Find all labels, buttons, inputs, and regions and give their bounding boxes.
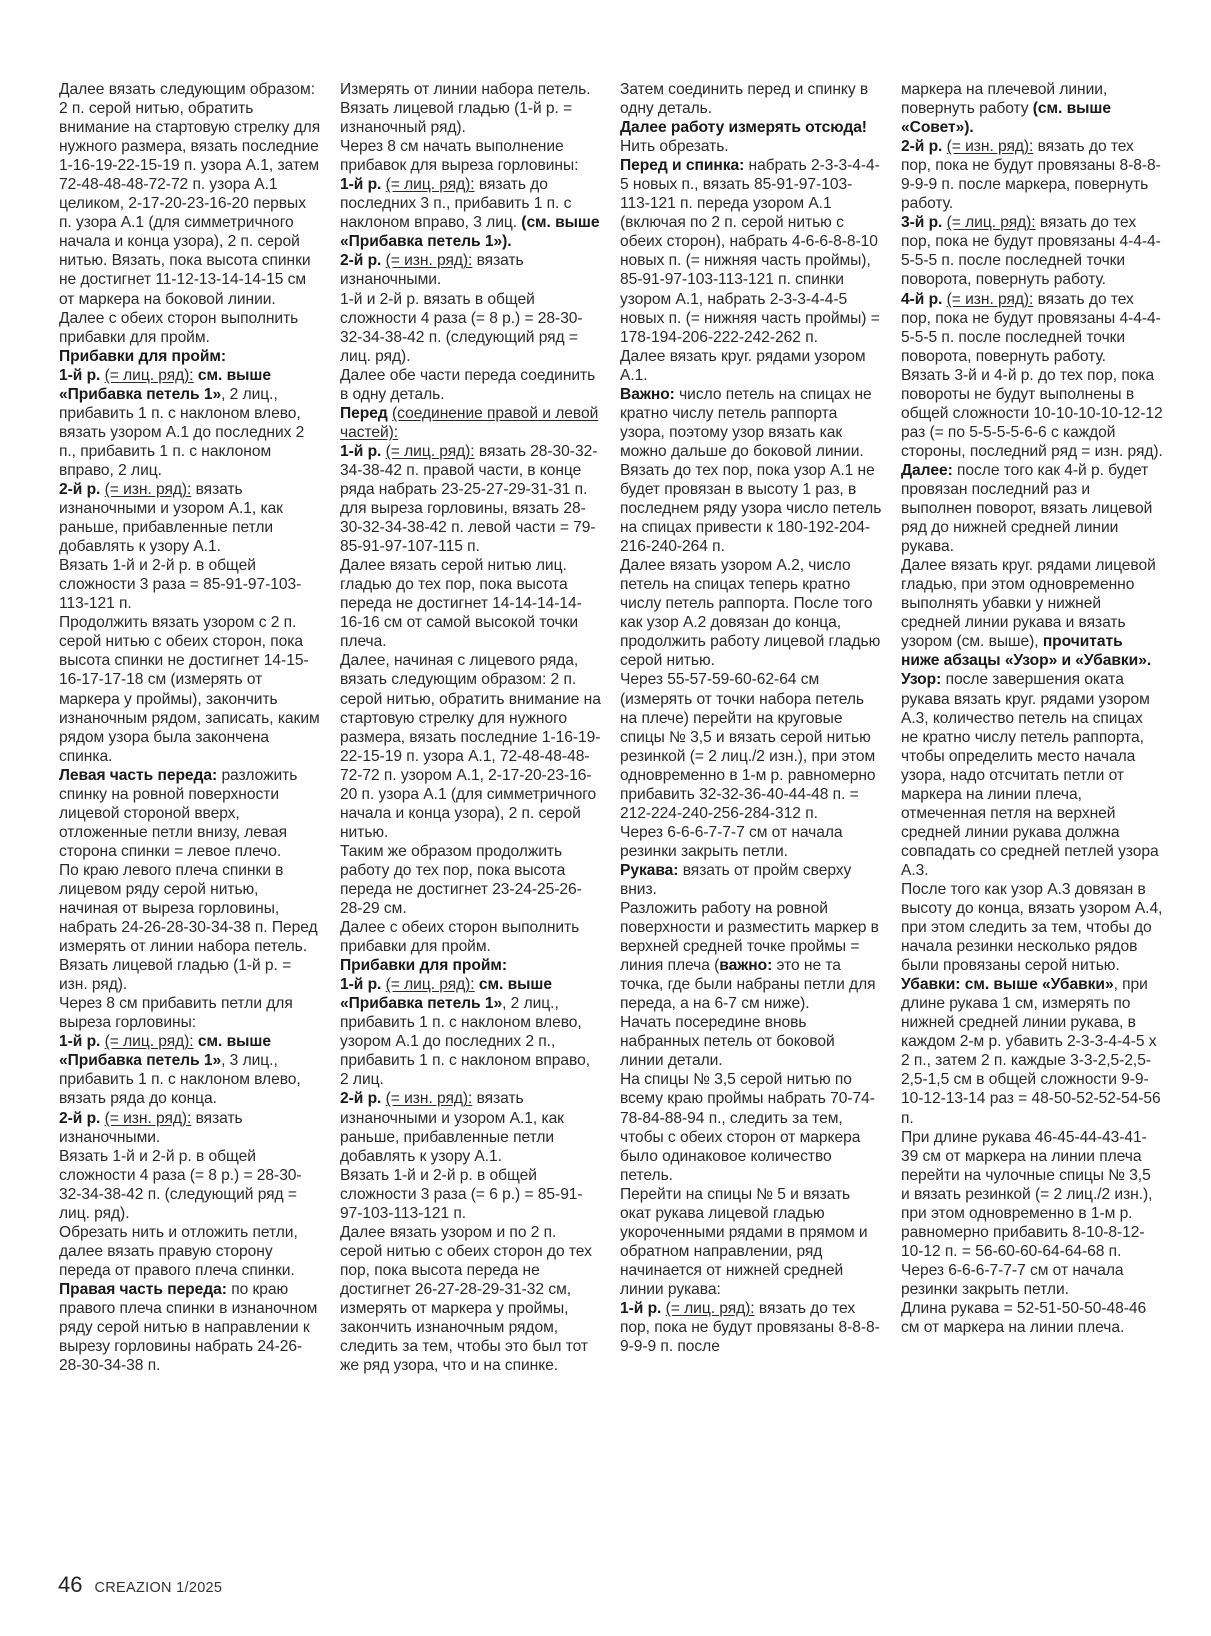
underlined-note: (= изн. ряд): bbox=[105, 481, 192, 498]
paragraph: Далее, начиная с лицевого ряда, вязать с… bbox=[340, 651, 602, 841]
text-run: после завершения оката рукава вязать кру… bbox=[901, 671, 1159, 878]
underlined-note: (= лиц. ряд): bbox=[386, 176, 475, 193]
text-run: Через 8 см начать выполнение прибавок дл… bbox=[340, 138, 578, 174]
bold-heading: Прибавки для пройм: bbox=[59, 348, 226, 365]
magazine-page: Далее вязать следующим образом: 2 п. сер… bbox=[0, 0, 1211, 1636]
paragraph: 2-й р. (= изн. ряд): вязать изнаночными. bbox=[59, 1109, 321, 1147]
paragraph: Через 55-57-59-60-62-64 см (измерять от … bbox=[620, 670, 882, 822]
underlined-note: (= лиц. ряд): bbox=[666, 1300, 755, 1317]
text-run: Через 6-6-6-7-7-7 см от начала резинки з… bbox=[620, 824, 843, 860]
paragraph: Через 8 см начать выполнение прибавок дл… bbox=[340, 137, 602, 175]
paragraph: 1-й и 2-й р. вязать в общей сложности 4 … bbox=[340, 290, 602, 366]
bold-heading: 2-й р. bbox=[901, 138, 942, 155]
bold-heading: 4-й р. bbox=[901, 291, 942, 308]
paragraph: Убавки: см. выше «Убавки», при длине рук… bbox=[901, 975, 1163, 1127]
text-run: Через 6-6-6-7-7-7 см от начала резинки з… bbox=[901, 1262, 1124, 1298]
text-columns: Далее вязать следующим образом: 2 п. сер… bbox=[59, 80, 1179, 1560]
paragraph: 1-й р. (= лиц. ряд): вязать до тех пор, … bbox=[620, 1299, 882, 1356]
bold-heading: 2-й р. bbox=[340, 252, 381, 269]
paragraph: 3-й р. (= лиц. ряд): вязать до тех пор, … bbox=[901, 213, 1163, 289]
underlined-note: (= изн. ряд): bbox=[947, 138, 1034, 155]
bold-heading: Далее работу измерять отсюда! bbox=[620, 119, 867, 136]
text-run: После того как узор А.3 довязан в высоту… bbox=[901, 881, 1162, 974]
paragraph: Обрезать нить и отложить петли, далее вя… bbox=[59, 1223, 321, 1280]
text-run: Начать посередине вновь набранных петель… bbox=[620, 1014, 835, 1069]
text-run: Далее с обеих сторон выполнить прибавки … bbox=[59, 310, 298, 346]
text-run: Через 55-57-59-60-62-64 см (измерять от … bbox=[620, 671, 876, 821]
paragraph: 1-й р. (= лиц. ряд): см. выше «Прибавка … bbox=[340, 975, 602, 1089]
column-4: маркера на плечевой линии, повернуть раб… bbox=[901, 80, 1163, 1337]
text-run: Далее вязать следующим образом: 2 п. сер… bbox=[59, 81, 320, 308]
paragraph: Затем соединить перед и спинку в одну де… bbox=[620, 80, 882, 118]
bold-heading: Рукава: bbox=[620, 862, 678, 879]
bold-heading: 1-й р. bbox=[340, 443, 381, 460]
paragraph: 1-й р. (= лиц. ряд): см. выше «Прибавка … bbox=[59, 366, 321, 480]
bold-heading: Узор: bbox=[901, 671, 941, 688]
paragraph: Важно: число петель на спицах не кратно … bbox=[620, 385, 882, 461]
underlined-note: (= изн. ряд): bbox=[105, 1110, 192, 1127]
paragraph: 1-й р. (= лиц. ряд): вязать до последних… bbox=[340, 175, 602, 251]
paragraph: Далее вязать узором и по 2 п. серой нить… bbox=[340, 1223, 602, 1375]
bold-heading: Перед bbox=[340, 405, 388, 422]
paragraph: После того как узор А.3 довязан в высоту… bbox=[901, 880, 1163, 975]
text-run: Вязать 3-й и 4-й р. до тех пор, пока пов… bbox=[901, 367, 1163, 460]
text-run: Вязать 1-й и 2-й р. в общей сложности 4 … bbox=[59, 1148, 302, 1222]
bold-heading: Далее: bbox=[901, 462, 953, 479]
text-run: Далее вязать серой нитью лиц. гладью до … bbox=[340, 557, 582, 650]
text-run: Далее, начиная с лицевого ряда, вязать с… bbox=[340, 652, 601, 840]
paragraph: На спицы № 3,5 серой нитью по всему краю… bbox=[620, 1070, 882, 1184]
paragraph: Продолжить вязать узором с 2 п. серой ни… bbox=[59, 613, 321, 765]
underlined-note: (= изн. ряд): bbox=[947, 291, 1034, 308]
bold-heading: 2-й р. bbox=[340, 1090, 381, 1107]
bold-heading: 1-й р. bbox=[340, 976, 381, 993]
underlined-note: (= лиц. ряд): bbox=[386, 443, 475, 460]
paragraph: Левая часть переда: разложить спинку на … bbox=[59, 766, 321, 861]
bold-heading: 1-й р. bbox=[340, 176, 381, 193]
text-run: Далее с обеих сторон выполнить прибавки … bbox=[340, 919, 579, 955]
text-run: По краю левого плеча спинки в лицевом ря… bbox=[59, 862, 318, 993]
text-run: Через 8 см прибавить петли для выреза го… bbox=[59, 995, 293, 1031]
text-run: набрать 2-3-3-4-4-5 новых п., вязать 85-… bbox=[620, 157, 880, 345]
bold-heading: Прибавки для пройм: bbox=[340, 957, 507, 974]
paragraph: Разложить работу на ровной поверхности и… bbox=[620, 899, 882, 1013]
text-run: При длине рукава 46-45-44-43-41-39 см от… bbox=[901, 1129, 1152, 1260]
bold-heading: 3-й р. bbox=[901, 214, 942, 231]
underlined-note: (= лиц. ряд): bbox=[105, 367, 194, 384]
bold-heading: 1-й р. bbox=[59, 367, 100, 384]
text-run: На спицы № 3,5 серой нитью по всему краю… bbox=[620, 1071, 875, 1183]
text-run: Продолжить вязать узором с 2 п. серой ни… bbox=[59, 614, 320, 764]
paragraph: Перед и спинка: набрать 2-3-3-4-4-5 новы… bbox=[620, 156, 882, 346]
paragraph: Начать посередине вновь набранных петель… bbox=[620, 1013, 882, 1070]
text-run: Затем соединить перед и спинку в одну де… bbox=[620, 81, 868, 117]
paragraph: Вязать 1-й и 2-й р. в общей сложности 3 … bbox=[340, 1166, 602, 1223]
paragraph: Через 6-6-6-7-7-7 см от начала резинки з… bbox=[620, 823, 882, 861]
bold-heading: 1-й р. bbox=[620, 1300, 661, 1317]
underlined-note: (= изн. ряд): bbox=[386, 252, 473, 269]
paragraph: Далее вязать узором А.2, число петель на… bbox=[620, 556, 882, 670]
text-run: Далее вязать узором и по 2 п. серой нить… bbox=[340, 1224, 592, 1374]
bold-heading: Правая часть переда: bbox=[59, 1281, 227, 1298]
paragraph: Далее вязать серой нитью лиц. гладью до … bbox=[340, 556, 602, 651]
paragraph: 1-й р. (= лиц. ряд): вязать 28-30-32-34-… bbox=[340, 442, 602, 556]
paragraph: Далее вязать круг. рядами узором А.1. bbox=[620, 347, 882, 385]
paragraph: По краю левого плеча спинки в лицевом ря… bbox=[59, 861, 321, 994]
text-run: Вязать до тех пор, пока узор А.1 не буде… bbox=[620, 462, 881, 555]
paragraph: Прибавки для пройм: bbox=[340, 956, 602, 975]
bold-heading: важно: bbox=[719, 957, 772, 974]
paragraph: Далее с обеих сторон выполнить прибавки … bbox=[59, 309, 321, 347]
paragraph: Измерять от линии набора петель. bbox=[340, 80, 602, 99]
underlined-note: (= лиц. ряд): bbox=[386, 976, 475, 993]
bold-heading: Важно: bbox=[620, 386, 675, 403]
text-run: Обрезать нить и отложить петли, далее вя… bbox=[59, 1224, 298, 1279]
column-1: Далее вязать следующим образом: 2 п. сер… bbox=[59, 80, 321, 1375]
paragraph: 2-й р. (= изн. ряд): вязать изнаночными … bbox=[59, 480, 321, 556]
paragraph: Далее: после того как 4-й р. будет провя… bbox=[901, 461, 1163, 556]
paragraph: Далее вязать следующим образом: 2 п. сер… bbox=[59, 80, 321, 309]
paragraph: Вязать до тех пор, пока узор А.1 не буде… bbox=[620, 461, 882, 556]
text-run: Длина рукава = 52-51-50-50-48-46 см от м… bbox=[901, 1300, 1146, 1336]
paragraph: Вязать 3-й и 4-й р. до тех пор, пока пов… bbox=[901, 366, 1163, 461]
paragraph: Через 8 см прибавить петли для выреза го… bbox=[59, 994, 321, 1032]
bold-heading: Перед и спинка: bbox=[620, 157, 744, 174]
bold-heading: Левая часть переда: bbox=[59, 767, 217, 784]
paragraph: Таким же образом продолжить работу до те… bbox=[340, 842, 602, 918]
paragraph: Длина рукава = 52-51-50-50-48-46 см от м… bbox=[901, 1299, 1163, 1337]
paragraph: 2-й р. (= изн. ряд): вязать изнаночными. bbox=[340, 251, 602, 289]
paragraph: 2-й р. (= изн. ряд): вязать изнаночными … bbox=[340, 1089, 602, 1165]
paragraph: Вязать лицевой гладью (1-й р. = изнаночн… bbox=[340, 99, 602, 137]
bold-heading: Убавки: см. выше «Убавки» bbox=[901, 976, 1114, 993]
underlined-note: (= лиц. ряд): bbox=[947, 214, 1036, 231]
paragraph: Вязать 1-й и 2-й р. в общей сложности 3 … bbox=[59, 556, 321, 613]
text-run: , при длине рукава 1 см, измерять по ниж… bbox=[901, 976, 1161, 1126]
bold-heading: 2-й р. bbox=[59, 1110, 100, 1127]
paragraph: Узор: после завершения оката рукава вяза… bbox=[901, 670, 1163, 880]
paragraph: Прибавки для пройм: bbox=[59, 347, 321, 366]
text-run: Далее вязать круг. рядами узором А.1. bbox=[620, 348, 866, 384]
paragraph: маркера на плечевой линии, повернуть раб… bbox=[901, 80, 1163, 137]
page-number: 46 bbox=[58, 1572, 82, 1598]
magazine-issue: CREAZION 1/2025 bbox=[94, 1580, 222, 1596]
text-run: Вязать лицевой гладью (1-й р. = изнаночн… bbox=[340, 100, 572, 136]
column-2: Измерять от линии набора петель.Вязать л… bbox=[340, 80, 602, 1375]
paragraph: Далее обе части переда соединить в одну … bbox=[340, 366, 602, 404]
paragraph: 4-й р. (= изн. ряд): вязать до тех пор, … bbox=[901, 290, 1163, 366]
paragraph: 2-й р. (= изн. ряд): вязать до тех пор, … bbox=[901, 137, 1163, 213]
text-run: Нить обрезать. bbox=[620, 138, 729, 155]
text-run: Перейти на спицы № 5 и вязать окат рукав… bbox=[620, 1186, 868, 1298]
paragraph: 1-й р. (= лиц. ряд): см. выше «Прибавка … bbox=[59, 1032, 321, 1108]
text-run: Измерять от линии набора петель. bbox=[340, 81, 591, 98]
paragraph: Далее работу измерять отсюда! Нить обрез… bbox=[620, 118, 882, 156]
text-run: Далее обе части переда соединить в одну … bbox=[340, 367, 595, 403]
paragraph: Перейти на спицы № 5 и вязать окат рукав… bbox=[620, 1185, 882, 1299]
underlined-note: (= изн. ряд): bbox=[386, 1090, 473, 1107]
paragraph: Через 6-6-6-7-7-7 см от начала резинки з… bbox=[901, 1261, 1163, 1299]
page-footer: 46 CREAZION 1/2025 bbox=[58, 1572, 222, 1598]
column-3: Затем соединить перед и спинку в одну де… bbox=[620, 80, 882, 1356]
text-run: Далее вязать узором А.2, число петель на… bbox=[620, 557, 880, 669]
bold-heading: 2-й р. bbox=[59, 481, 100, 498]
paragraph: Рукава: вязать от пройм сверху вниз. bbox=[620, 861, 882, 899]
paragraph: При длине рукава 46-45-44-43-41-39 см от… bbox=[901, 1128, 1163, 1261]
paragraph: Далее вязать круг. рядами лицевой гладью… bbox=[901, 556, 1163, 670]
bold-heading: 1-й р. bbox=[59, 1033, 100, 1050]
paragraph: Перед (соединение правой и левой частей)… bbox=[340, 404, 602, 442]
text-run: Таким же образом продолжить работу до те… bbox=[340, 843, 582, 917]
paragraph: Правая часть переда: по краю правого пле… bbox=[59, 1280, 321, 1375]
underlined-note: (= лиц. ряд): bbox=[105, 1033, 194, 1050]
text-run: 1-й и 2-й р. вязать в общей сложности 4 … bbox=[340, 291, 583, 365]
text-run: Вязать 1-й и 2-й р. в общей сложности 3 … bbox=[340, 1167, 583, 1222]
paragraph: Далее с обеих сторон выполнить прибавки … bbox=[340, 918, 602, 956]
paragraph: Вязать 1-й и 2-й р. в общей сложности 4 … bbox=[59, 1147, 321, 1223]
text-run: Вязать 1-й и 2-й р. в общей сложности 3 … bbox=[59, 557, 301, 612]
